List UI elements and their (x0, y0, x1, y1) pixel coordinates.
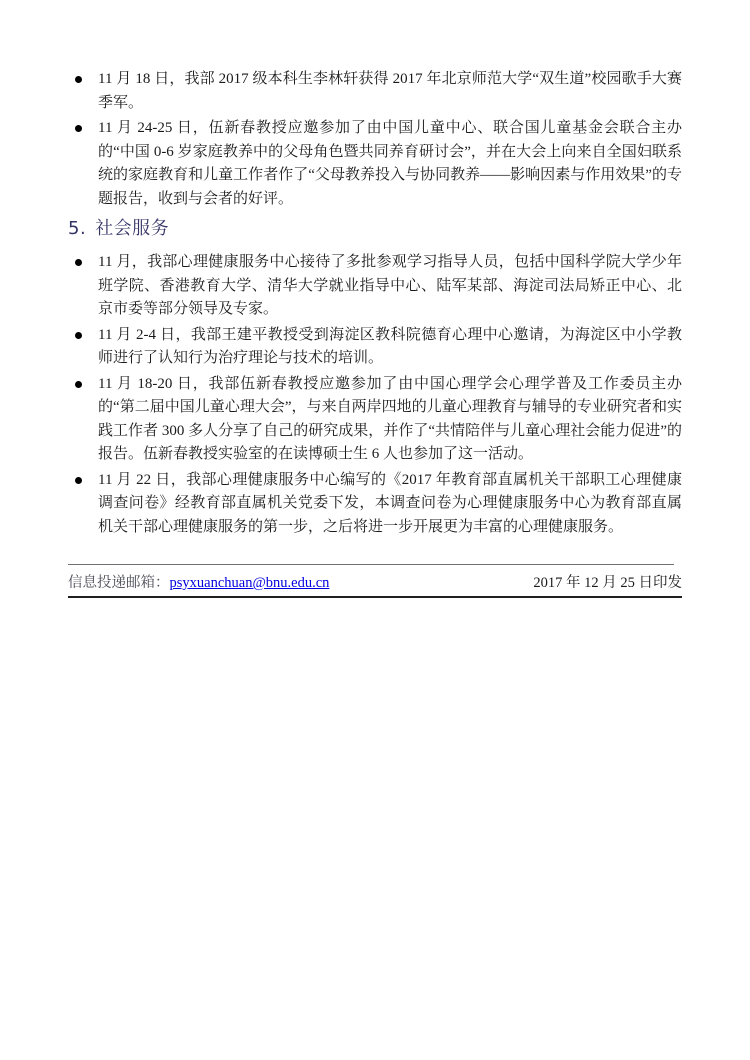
document-page: 11 月 18 日，我部 2017 级本科生李林轩获得 2017 年北京师范大学… (0, 0, 750, 1060)
section-bullet-list: 11 月，我部心理健康服务中心接待了多批参观学习指导人员，包括中国科学院大学少年… (68, 251, 682, 539)
list-item: 11 月 18 日，我部 2017 级本科生李林轩获得 2017 年北京师范大学… (68, 68, 682, 115)
list-item-text: 11 月，我部心理健康服务中心接待了多批参观学习指导人员，包括中国科学院大学少年… (98, 254, 682, 317)
list-item: 11 月 22 日，我部心理健康服务中心编写的《2017 年教育部直属机关干部职… (68, 469, 682, 540)
footer-divider-bottom (68, 596, 682, 598)
bullet-icon (75, 76, 82, 83)
list-item-text: 11 月 18-20 日，我部伍新春教授应邀参加了由中国心理学会心理学普及工作委… (98, 376, 682, 463)
bullet-icon (75, 259, 82, 266)
list-item: 11 月，我部心理健康服务中心接待了多批参观学习指导人员，包括中国科学院大学少年… (68, 251, 682, 322)
section-title: 社会服务 (95, 218, 169, 239)
footer-email-label: 信息投递邮箱： (68, 575, 170, 591)
bullet-icon (75, 125, 82, 132)
list-item-text: 11 月 22 日，我部心理健康服务中心编写的《2017 年教育部直属机关干部职… (98, 472, 682, 535)
list-item: 11 月 18-20 日，我部伍新春教授应邀参加了由中国心理学会心理学普及工作委… (68, 373, 682, 467)
footer-email-link[interactable]: psyxuanchuan@bnu.edu.cn (170, 575, 330, 591)
footer-email-block: 信息投递邮箱：psyxuanchuan@bnu.edu.cn (68, 572, 329, 594)
bullet-icon (75, 332, 82, 339)
page-content: 11 月 18 日，我部 2017 级本科生李林轩获得 2017 年北京师范大学… (68, 68, 682, 541)
list-item-text: 11 月 18 日，我部 2017 级本科生李林轩获得 2017 年北京师范大学… (98, 71, 682, 111)
pre-section-bullet-list: 11 月 18 日，我部 2017 级本科生李林轩获得 2017 年北京师范大学… (68, 68, 682, 211)
list-item: 11 月 2-4 日，我部王建平教授受到海淀区教科院德育心理中心邀请，为海淀区中… (68, 324, 682, 371)
footer-divider-top (68, 564, 674, 565)
section-number: 5. (68, 218, 86, 239)
list-item: 11 月 24-25 日，伍新春教授应邀参加了由中国儿童中心、联合国儿童基金会联… (68, 117, 682, 211)
page-footer: 信息投递邮箱：psyxuanchuan@bnu.edu.cn 2017 年 12… (68, 572, 682, 594)
list-item-text: 11 月 2-4 日，我部王建平教授受到海淀区教科院德育心理中心邀请，为海淀区中… (98, 327, 682, 367)
bullet-icon (75, 477, 82, 484)
bullet-icon (75, 381, 82, 388)
list-item-text: 11 月 24-25 日，伍新春教授应邀参加了由中国儿童中心、联合国儿童基金会联… (98, 120, 682, 207)
section-heading: 5.社会服务 (68, 216, 682, 242)
footer-print-date: 2017 年 12 月 25 日印发 (533, 572, 682, 594)
